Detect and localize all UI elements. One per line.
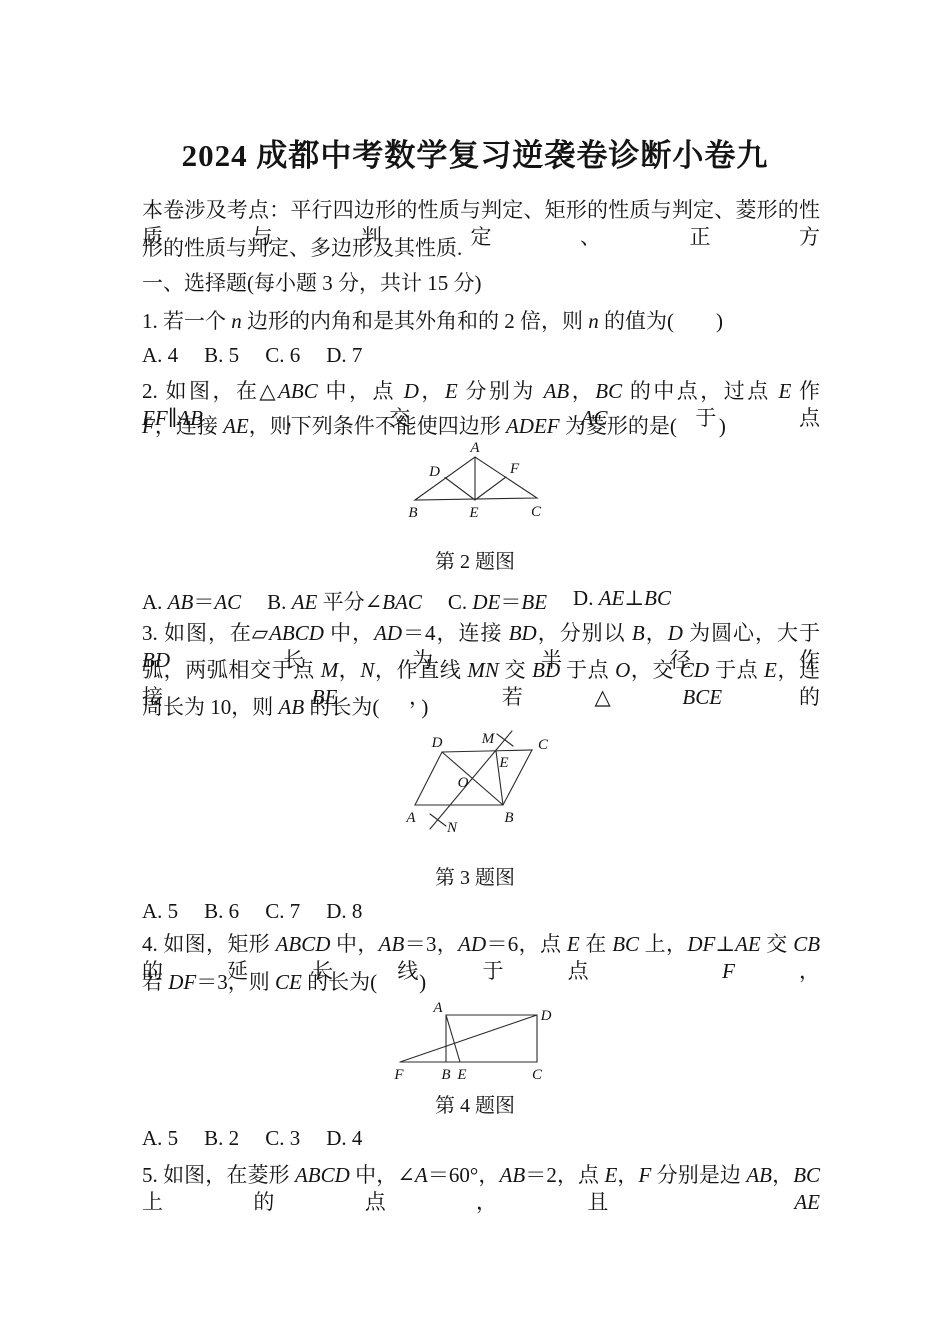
point-label-a: A [432,1000,443,1016]
point-label-b: B [504,810,513,826]
point-label-e: E [456,1067,466,1083]
option-d: D. 8 [326,899,362,924]
option-d: D. 4 [326,1126,362,1151]
point-label-f: F [509,461,520,477]
point-label-f: F [393,1067,404,1083]
point-label-c: C [538,737,549,753]
question-2-figure: A D F B E C [385,436,565,528]
option-a: A. 5 [142,1126,178,1151]
option-c: C. 6 [265,343,300,368]
question-1-text: 1. 若一个 n 边形的内角和是其外角和的 2 倍，则 n 的值为( ) [142,308,820,335]
point-label-e: E [468,505,478,521]
exam-page: 2024 成都中考数学复习逆袭卷诊断小卷九 本卷涉及考点：平行四边形的性质与判定… [0,0,950,1344]
section-heading: 一、选择题(每小题 3 分，共计 15 分) [142,270,820,297]
option-c: C. 7 [265,899,300,924]
segment-de [445,478,475,501]
option-d: D. AE⊥BC [573,586,671,616]
option-a: A. 5 [142,899,178,924]
option-b: B. 6 [204,899,239,924]
point-label-m: M [481,731,496,747]
option-c: C. DE＝BE [448,586,547,616]
question-4-options: A. 5 B. 2 C. 3 D. 4 [142,1126,362,1151]
point-label-c: C [531,504,542,520]
segment-fd [400,1015,537,1062]
arc-cross-mark-m [497,734,513,746]
page-title: 2024 成都中考数学复习逆袭卷诊断小卷九 [0,130,950,175]
segment-ae [446,1015,460,1062]
point-label-b: B [441,1067,450,1083]
point-label-d: D [431,735,443,751]
point-label-c: C [532,1067,543,1083]
question-3-text-line-3: 周长为 10，则 AB 的长为( ) [142,694,820,721]
figure-2-caption: 第 2 题图 [0,545,950,574]
segment-ef [475,477,506,500]
option-b: B. 5 [204,343,239,368]
question-3-figure: D M C E O A N B [395,722,570,840]
point-label-d: D [428,464,440,480]
question-4-figure: A D F B E C [390,1000,555,1090]
option-b: B. 2 [204,1126,239,1151]
question-1-options: A. 4 B. 5 C. 6 D. 7 [142,343,362,368]
question-5-text-line-1: 5. 如图，在菱形 ABCD 中，∠A＝60°，AB＝2，点 E，F 分别是边 … [142,1162,820,1217]
point-label-e: E [498,755,508,771]
point-label-a: A [469,440,480,456]
arc-cross-mark-n [430,814,446,826]
figure-3-caption: 第 3 题图 [0,861,950,890]
question-4-text-line-2: 若 DF＝3，则 CE 的长为( ) [142,969,820,996]
question-2-options: A. AB＝AC B. AE 平分∠BAC C. DE＝BE D. AE⊥BC [142,586,671,616]
point-label-o: O [458,775,469,791]
figure-4-caption: 第 4 题图 [0,1089,950,1118]
intro-line-2: 形的性质与判定、多边形及其性质. [142,235,820,262]
option-a: A. AB＝AC [142,586,241,616]
option-d: D. 7 [326,343,362,368]
point-label-d: D [540,1008,552,1024]
point-label-b: B [408,505,417,521]
question-3-options: A. 5 B. 6 C. 7 D. 8 [142,899,362,924]
rectangle-abcd [446,1015,537,1062]
option-c: C. 3 [265,1126,300,1151]
point-label-n: N [446,820,458,836]
option-b: B. AE 平分∠BAC [267,586,422,616]
option-a: A. 4 [142,343,178,368]
point-label-a: A [405,810,416,826]
